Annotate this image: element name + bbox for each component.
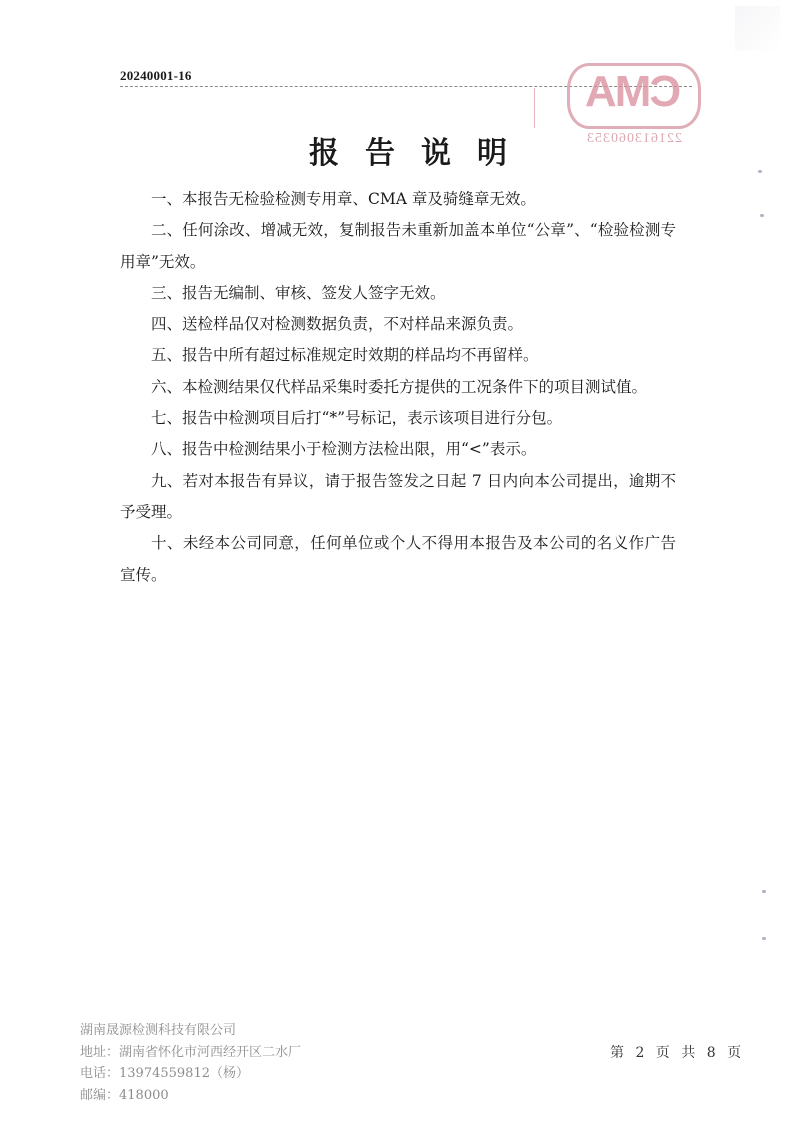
stamp-label: CMA xyxy=(567,67,701,117)
scan-artifact xyxy=(735,6,780,51)
page-title: 报告说明 xyxy=(0,128,794,172)
note-item: 七、报告中检测项目后打“*”号标记，表示该项目进行分包。 xyxy=(120,403,676,434)
note-item: 三、报告无编制、审核、签发人签字无效。 xyxy=(120,278,676,309)
note-item: 一、本报告无检验检测专用章、CMA 章及骑缝章无效。 xyxy=(120,184,676,215)
note-item: 二、任何涂改、增减无效，复制报告未重新加盖本单位“公章”、“检验检测专用章”无效… xyxy=(120,215,676,278)
report-number: 20240001-16 xyxy=(120,68,192,84)
company-phone: 电话：13974559812（杨） xyxy=(80,1063,301,1085)
note-item: 十、未经本公司同意，任何单位或个人不得用本报告及本公司的名义作广告宣传。 xyxy=(120,528,676,591)
company-postcode: 邮编：418000 xyxy=(80,1085,301,1107)
scan-speck xyxy=(758,170,762,173)
note-item: 六、本检测结果仅代样品采集时委托方提供的工况条件下的项目测试值。 xyxy=(120,372,676,403)
scan-speck xyxy=(762,890,766,893)
page-indicator: 第 2 页 共 8 页 xyxy=(610,1042,742,1062)
note-item: 八、报告中检测结果小于检测方法检出限，用“<”表示。 xyxy=(120,434,676,465)
company-address: 地址：湖南省怀化市河西经开区二水厂 xyxy=(80,1042,301,1064)
scan-speck xyxy=(760,214,764,217)
note-item: 四、送检样品仅对检测数据负责，不对样品来源负责。 xyxy=(120,309,676,340)
note-item: 九、若对本报告有异议，请于报告签发之日起 7 日内向本公司提出，逾期不予受理。 xyxy=(120,466,676,529)
report-notes: 一、本报告无检验检测专用章、CMA 章及骑缝章无效。 二、任何涂改、增减无效，复… xyxy=(120,184,676,591)
stamp-mark xyxy=(534,88,535,128)
company-info: 湖南晟源检测科技有限公司 地址：湖南省怀化市河西经开区二水厂 电话：139745… xyxy=(80,1020,301,1106)
scan-speck xyxy=(762,937,766,940)
company-name: 湖南晟源检测科技有限公司 xyxy=(80,1020,301,1042)
note-item: 五、报告中所有超过标准规定时效期的样品均不再留样。 xyxy=(120,340,676,371)
